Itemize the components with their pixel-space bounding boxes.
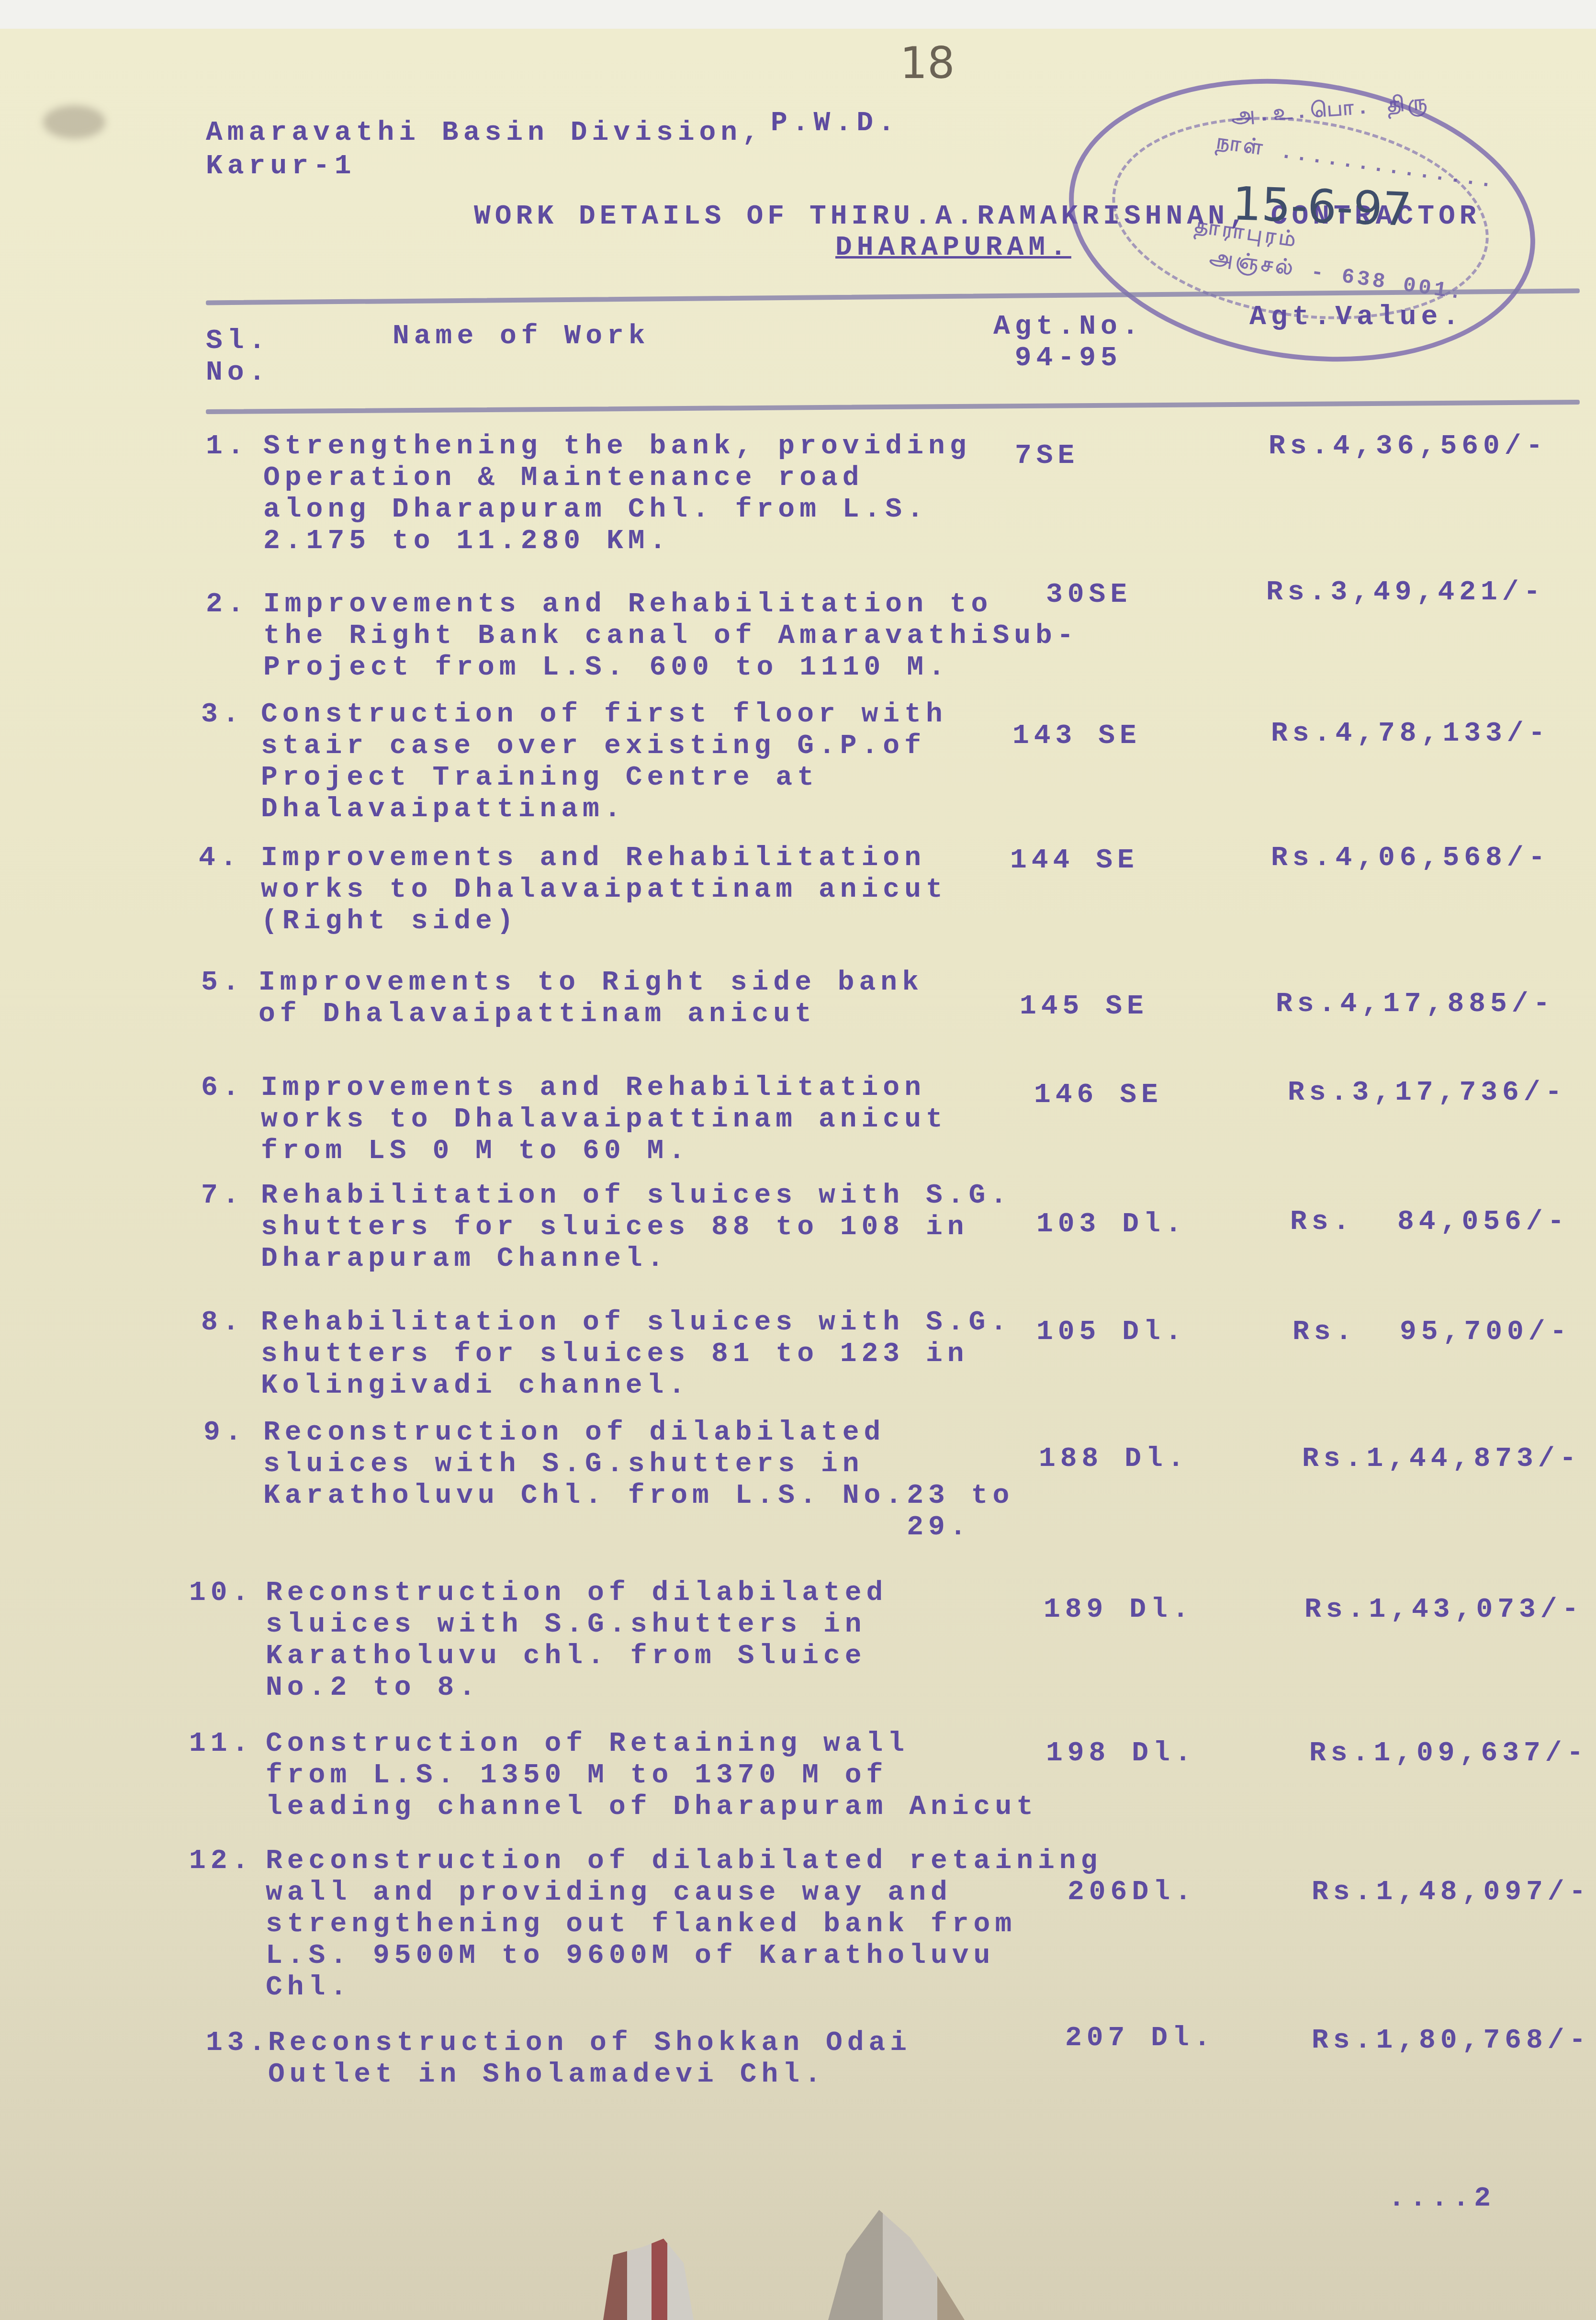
header-name-of-work: Name of Work xyxy=(393,321,650,352)
row-number: 12. xyxy=(189,1846,253,1877)
row-agt-value: Rs.1,48,097/- xyxy=(1312,1877,1590,1908)
row-agt-value: Rs.3,49,421/- xyxy=(1266,577,1545,608)
row-work-name: Reconstruction of Shokkan Odai Outlet in… xyxy=(268,2027,911,2091)
office-line2: Karur-1 xyxy=(206,151,356,182)
row-work-name: Construction of first floor with stair c… xyxy=(261,699,947,825)
row-number: 5. xyxy=(201,967,244,999)
row-agt-no: 206Dl. xyxy=(1068,1877,1196,1908)
row-work-name: Improvements and Rehabilitation to the R… xyxy=(263,589,1079,684)
row-agt-no: 146 SE xyxy=(1034,1080,1163,1111)
row-agt-value: Rs.4,78,133/- xyxy=(1271,718,1550,750)
row-work-name: Reconstruction of dilabilated retaining … xyxy=(266,1846,1102,2004)
row-number: 2. xyxy=(206,589,249,620)
row-number: 3. xyxy=(201,699,244,731)
header-agt-no: Agt.No. 94-95 xyxy=(993,311,1144,374)
row-work-name: Construction of Retaining wall from L.S.… xyxy=(266,1728,1038,1823)
row-agt-no: 144 SE xyxy=(1010,845,1139,877)
continuation-marker: ....2 xyxy=(1388,2183,1495,2215)
row-agt-no: 198 Dl. xyxy=(1046,1738,1196,1769)
row-number: 1. xyxy=(206,431,249,462)
row-agt-no: 7SE xyxy=(1015,440,1079,472)
row-agt-value: Rs. 95,700/- xyxy=(1293,1317,1571,1348)
row-agt-value: Rs. 84,056/- xyxy=(1290,1206,1569,1238)
row-work-name: Improvements and Rehabilitation works to… xyxy=(261,1072,947,1167)
row-agt-no: 145 SE xyxy=(1020,991,1148,1023)
row-work-name: Reconstruction of dilabilated sluices wi… xyxy=(266,1577,888,1704)
row-number: 10. xyxy=(189,1577,253,1609)
row-agt-no: 105 Dl. xyxy=(1036,1317,1187,1348)
office-line1: Amaravathi Basin Division, xyxy=(206,117,764,149)
row-agt-no: 207 Dl. xyxy=(1065,2023,1215,2054)
document-subtitle: DHARAPURAM. xyxy=(835,232,1071,264)
row-agt-value: Rs.4,36,560/- xyxy=(1269,431,1547,462)
row-agt-no: 189 Dl. xyxy=(1044,1594,1194,1626)
row-agt-no: 103 Dl. xyxy=(1036,1209,1187,1240)
header-sl-no: Sl. No. xyxy=(206,326,270,389)
row-work-name: Strengthening the bank, providing Operat… xyxy=(263,431,971,557)
row-number: 6. xyxy=(201,1072,244,1104)
header-agt-value: Agt.Value. xyxy=(1249,302,1464,333)
row-number: 13. xyxy=(206,2027,270,2059)
row-agt-value: Rs.3,17,736/- xyxy=(1288,1077,1566,1109)
row-agt-value: Rs.4,17,885/- xyxy=(1276,989,1554,1020)
row-agt-no: 143 SE xyxy=(1012,721,1141,752)
row-agt-value: Rs.1,80,768/- xyxy=(1312,2025,1590,2057)
row-agt-no: 30SE xyxy=(1046,579,1132,611)
row-work-name: Improvements and Rehabilitation works to… xyxy=(261,843,947,937)
row-number: 9. xyxy=(203,1417,247,1449)
row-work-name: Rehabilitation of sluices with S.G. shut… xyxy=(261,1180,1012,1275)
row-agt-value: Rs.1,09,637/- xyxy=(1309,1738,1588,1769)
row-work-name: Improvements to Right side bank of Dhala… xyxy=(259,967,923,1030)
ink-smudge xyxy=(43,105,105,139)
row-number: 11. xyxy=(189,1728,253,1760)
page-mark: 18 xyxy=(900,38,955,89)
row-work-name: Rehabilitation of sluices with S.G. shut… xyxy=(261,1307,1012,1402)
header-bottom-rule xyxy=(206,400,1580,414)
document-page: 18 Amaravathi Basin Division, P.W.D. Kar… xyxy=(0,29,1596,2320)
row-agt-value: Rs.1,43,073/- xyxy=(1304,1594,1583,1626)
row-agt-value: Rs.1,44,873/- xyxy=(1302,1443,1581,1475)
row-agt-no: 188 Dl. xyxy=(1039,1443,1189,1475)
row-work-name: Reconstruction of dilabilated sluices wi… xyxy=(263,1417,1014,1543)
row-number: 7. xyxy=(201,1180,244,1212)
row-agt-value: Rs.4,06,568/- xyxy=(1271,843,1550,874)
row-number: 4. xyxy=(199,843,242,874)
row-number: 8. xyxy=(201,1307,244,1339)
department-label: P.W.D. xyxy=(771,108,899,139)
